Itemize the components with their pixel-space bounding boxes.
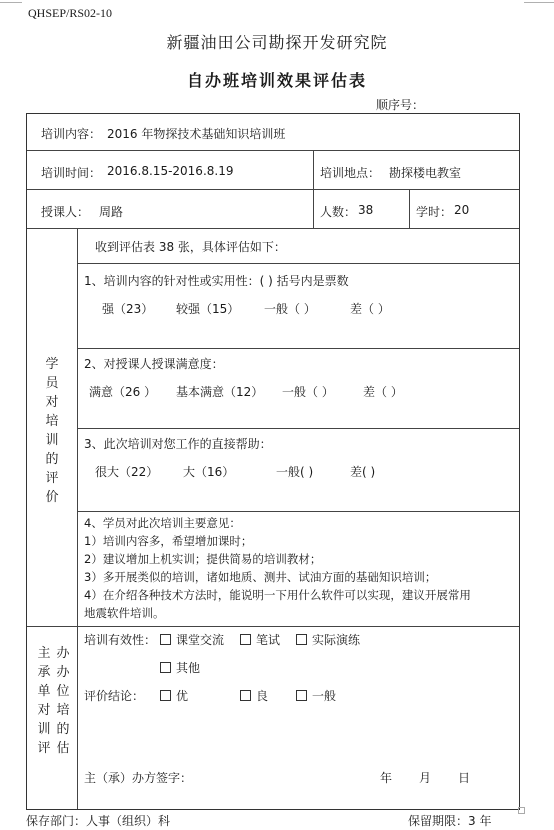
q2-option-poor: 差（ ） — [363, 383, 403, 400]
checkbox-icon[interactable] — [240, 634, 251, 645]
side-char: 培 — [44, 412, 60, 431]
table-resize-handle[interactable] — [518, 807, 525, 814]
side-char: 位 — [55, 682, 71, 701]
hours-value: 20 — [454, 203, 469, 217]
q2-option-basically-satisfied: 基本满意（12） — [176, 383, 263, 400]
training-location-label: 培训地点： — [320, 164, 380, 181]
student-eval-side-label: 学 员 对 培 训 的 评 价 — [44, 355, 60, 507]
eval-intro: 收到评估表 38 张，具体评估如下： — [95, 238, 286, 255]
side-char: 估 — [55, 739, 71, 758]
side-char: 办 — [55, 644, 71, 663]
checkbox-icon[interactable] — [160, 634, 171, 645]
q2-option-average: 一般（ ） — [282, 383, 334, 400]
retention-period: 保留期限：3 年 — [408, 812, 491, 829]
side-char: 培 — [55, 701, 71, 720]
side-char: 承 — [36, 663, 52, 682]
form-title: 自办班培训效果评估表 — [0, 68, 554, 91]
row-divider — [77, 428, 519, 429]
effectiveness-option-classroom[interactable]: 课堂交流 — [160, 631, 224, 648]
row-divider — [77, 263, 519, 264]
option-label: 实际演练 — [312, 633, 360, 647]
side-char: 办 — [55, 663, 71, 682]
side-char: 评 — [44, 469, 60, 488]
doc-code: QHSEP/RS02-10 — [28, 6, 112, 21]
row-divider — [77, 348, 519, 349]
side-char: 的 — [44, 450, 60, 469]
checkbox-icon[interactable] — [296, 634, 307, 645]
effectiveness-label: 培训有效性： — [84, 631, 156, 648]
date-day-label: 日 — [458, 769, 470, 786]
row-divider — [27, 150, 519, 151]
conclusion-label: 评价结论： — [84, 687, 144, 704]
q1-option-fairly-strong: 较强（15） — [176, 300, 239, 317]
q4-comment-line: 地震软件培训。 — [84, 605, 165, 621]
conclusion-option-excellent[interactable]: 优 — [160, 687, 188, 704]
side-char: 对 — [36, 701, 52, 720]
row-divider — [27, 189, 519, 190]
q3-option-poor: 差( ) — [350, 463, 375, 480]
option-label: 良 — [256, 689, 268, 703]
side-char: 对 — [44, 393, 60, 412]
q1-option-strong: 强（23） — [102, 300, 153, 317]
option-label: 其他 — [176, 661, 200, 675]
conclusion-option-good[interactable]: 良 — [240, 687, 268, 704]
row-divider — [27, 228, 519, 229]
effectiveness-option-other[interactable]: 其他 — [160, 659, 200, 676]
side-char: 训 — [36, 720, 52, 739]
q1-title: 1、培训内容的针对性或实用性：( ) 括号内是票数 — [84, 272, 349, 289]
organization-title: 新疆油田公司勘探开发研究院 — [0, 30, 554, 53]
effectiveness-option-practice[interactable]: 实际演练 — [296, 631, 360, 648]
q4-title: 4、学员对此次培训主要意见： — [84, 515, 241, 531]
q4-comment-line: 1）培训内容多，希望增加课时； — [84, 533, 252, 549]
training-location-value: 勘探楼电教室 — [389, 164, 461, 181]
q2-option-satisfied: 满意（26 ） — [89, 383, 156, 400]
conclusion-option-average[interactable]: 一般 — [296, 687, 336, 704]
training-content-value: 2016 年物探技术基础知识培训班 — [107, 125, 285, 142]
date-year-label: 年 — [380, 769, 392, 786]
option-label: 课堂交流 — [176, 633, 224, 647]
storage-department: 保存部门：人事（组织）科 — [26, 812, 170, 829]
side-char: 价 — [44, 488, 60, 507]
q3-title: 3、此次培训对您工作的直接帮助： — [84, 435, 272, 452]
q4-comment-line: 3）多开展类似的培训，诸如地质、测井、试油方面的基础知识培训； — [84, 569, 436, 585]
organizer-eval-side-label-col1: 主 承 单 对 训 评 — [36, 644, 52, 758]
side-char: 员 — [44, 374, 60, 393]
option-label: 一般 — [312, 689, 336, 703]
training-time-label: 培训时间： — [41, 164, 101, 181]
q2-title: 2、对授课人授课满意度： — [84, 355, 224, 372]
side-char: 学 — [44, 355, 60, 374]
side-char: 的 — [55, 720, 71, 739]
option-label: 优 — [176, 689, 188, 703]
headcount-value: 38 — [358, 203, 373, 217]
side-char: 单 — [36, 682, 52, 701]
organizer-eval-side-label-col2: 办 办 位 培 的 估 — [55, 644, 71, 758]
label-col-divider — [77, 228, 78, 809]
col-divider — [409, 189, 410, 228]
q3-option-average: 一般( ) — [276, 463, 313, 480]
hours-label: 学时： — [416, 203, 452, 220]
q3-option-very-much: 很大（22） — [95, 463, 158, 480]
page-corner-mark-right — [524, 2, 554, 3]
q1-option-poor: 差（ ） — [350, 300, 390, 317]
side-char: 主 — [36, 644, 52, 663]
headcount-label: 人数： — [320, 203, 356, 220]
col-divider — [313, 150, 314, 228]
q4-comment-line: 4）在介绍各种技术方法时，能说明一下用什么软件可以实现，建议开展常用 — [84, 587, 471, 603]
option-label: 笔试 — [256, 633, 280, 647]
training-content-label: 培训内容： — [41, 125, 101, 142]
training-time-value: 2016.8.15-2016.8.19 — [107, 164, 233, 178]
evaluation-table: 培训内容： 2016 年物探技术基础知识培训班 培训时间： 2016.8.15-… — [26, 113, 520, 810]
instructor-label: 授课人： — [41, 203, 89, 220]
q4-comment-line: 2）建议增加上机实训；提供简易的培训教材； — [84, 551, 321, 567]
checkbox-icon[interactable] — [296, 690, 307, 701]
date-month-label: 月 — [419, 769, 431, 786]
q3-option-much: 大（16） — [183, 463, 234, 480]
sequence-number-label: 顺序号： — [376, 96, 424, 113]
row-divider — [77, 511, 519, 512]
instructor-value: 周路 — [99, 203, 123, 220]
checkbox-icon[interactable] — [160, 690, 171, 701]
section-divider — [27, 626, 519, 627]
side-char: 评 — [36, 739, 52, 758]
effectiveness-option-written[interactable]: 笔试 — [240, 631, 280, 648]
signature-label: 主（承）办方签字： — [84, 769, 192, 786]
checkbox-icon[interactable] — [160, 662, 171, 673]
q1-option-average: 一般（ ） — [264, 300, 316, 317]
side-char: 训 — [44, 431, 60, 450]
page-corner-mark-left — [0, 2, 22, 3]
checkbox-icon[interactable] — [240, 690, 251, 701]
